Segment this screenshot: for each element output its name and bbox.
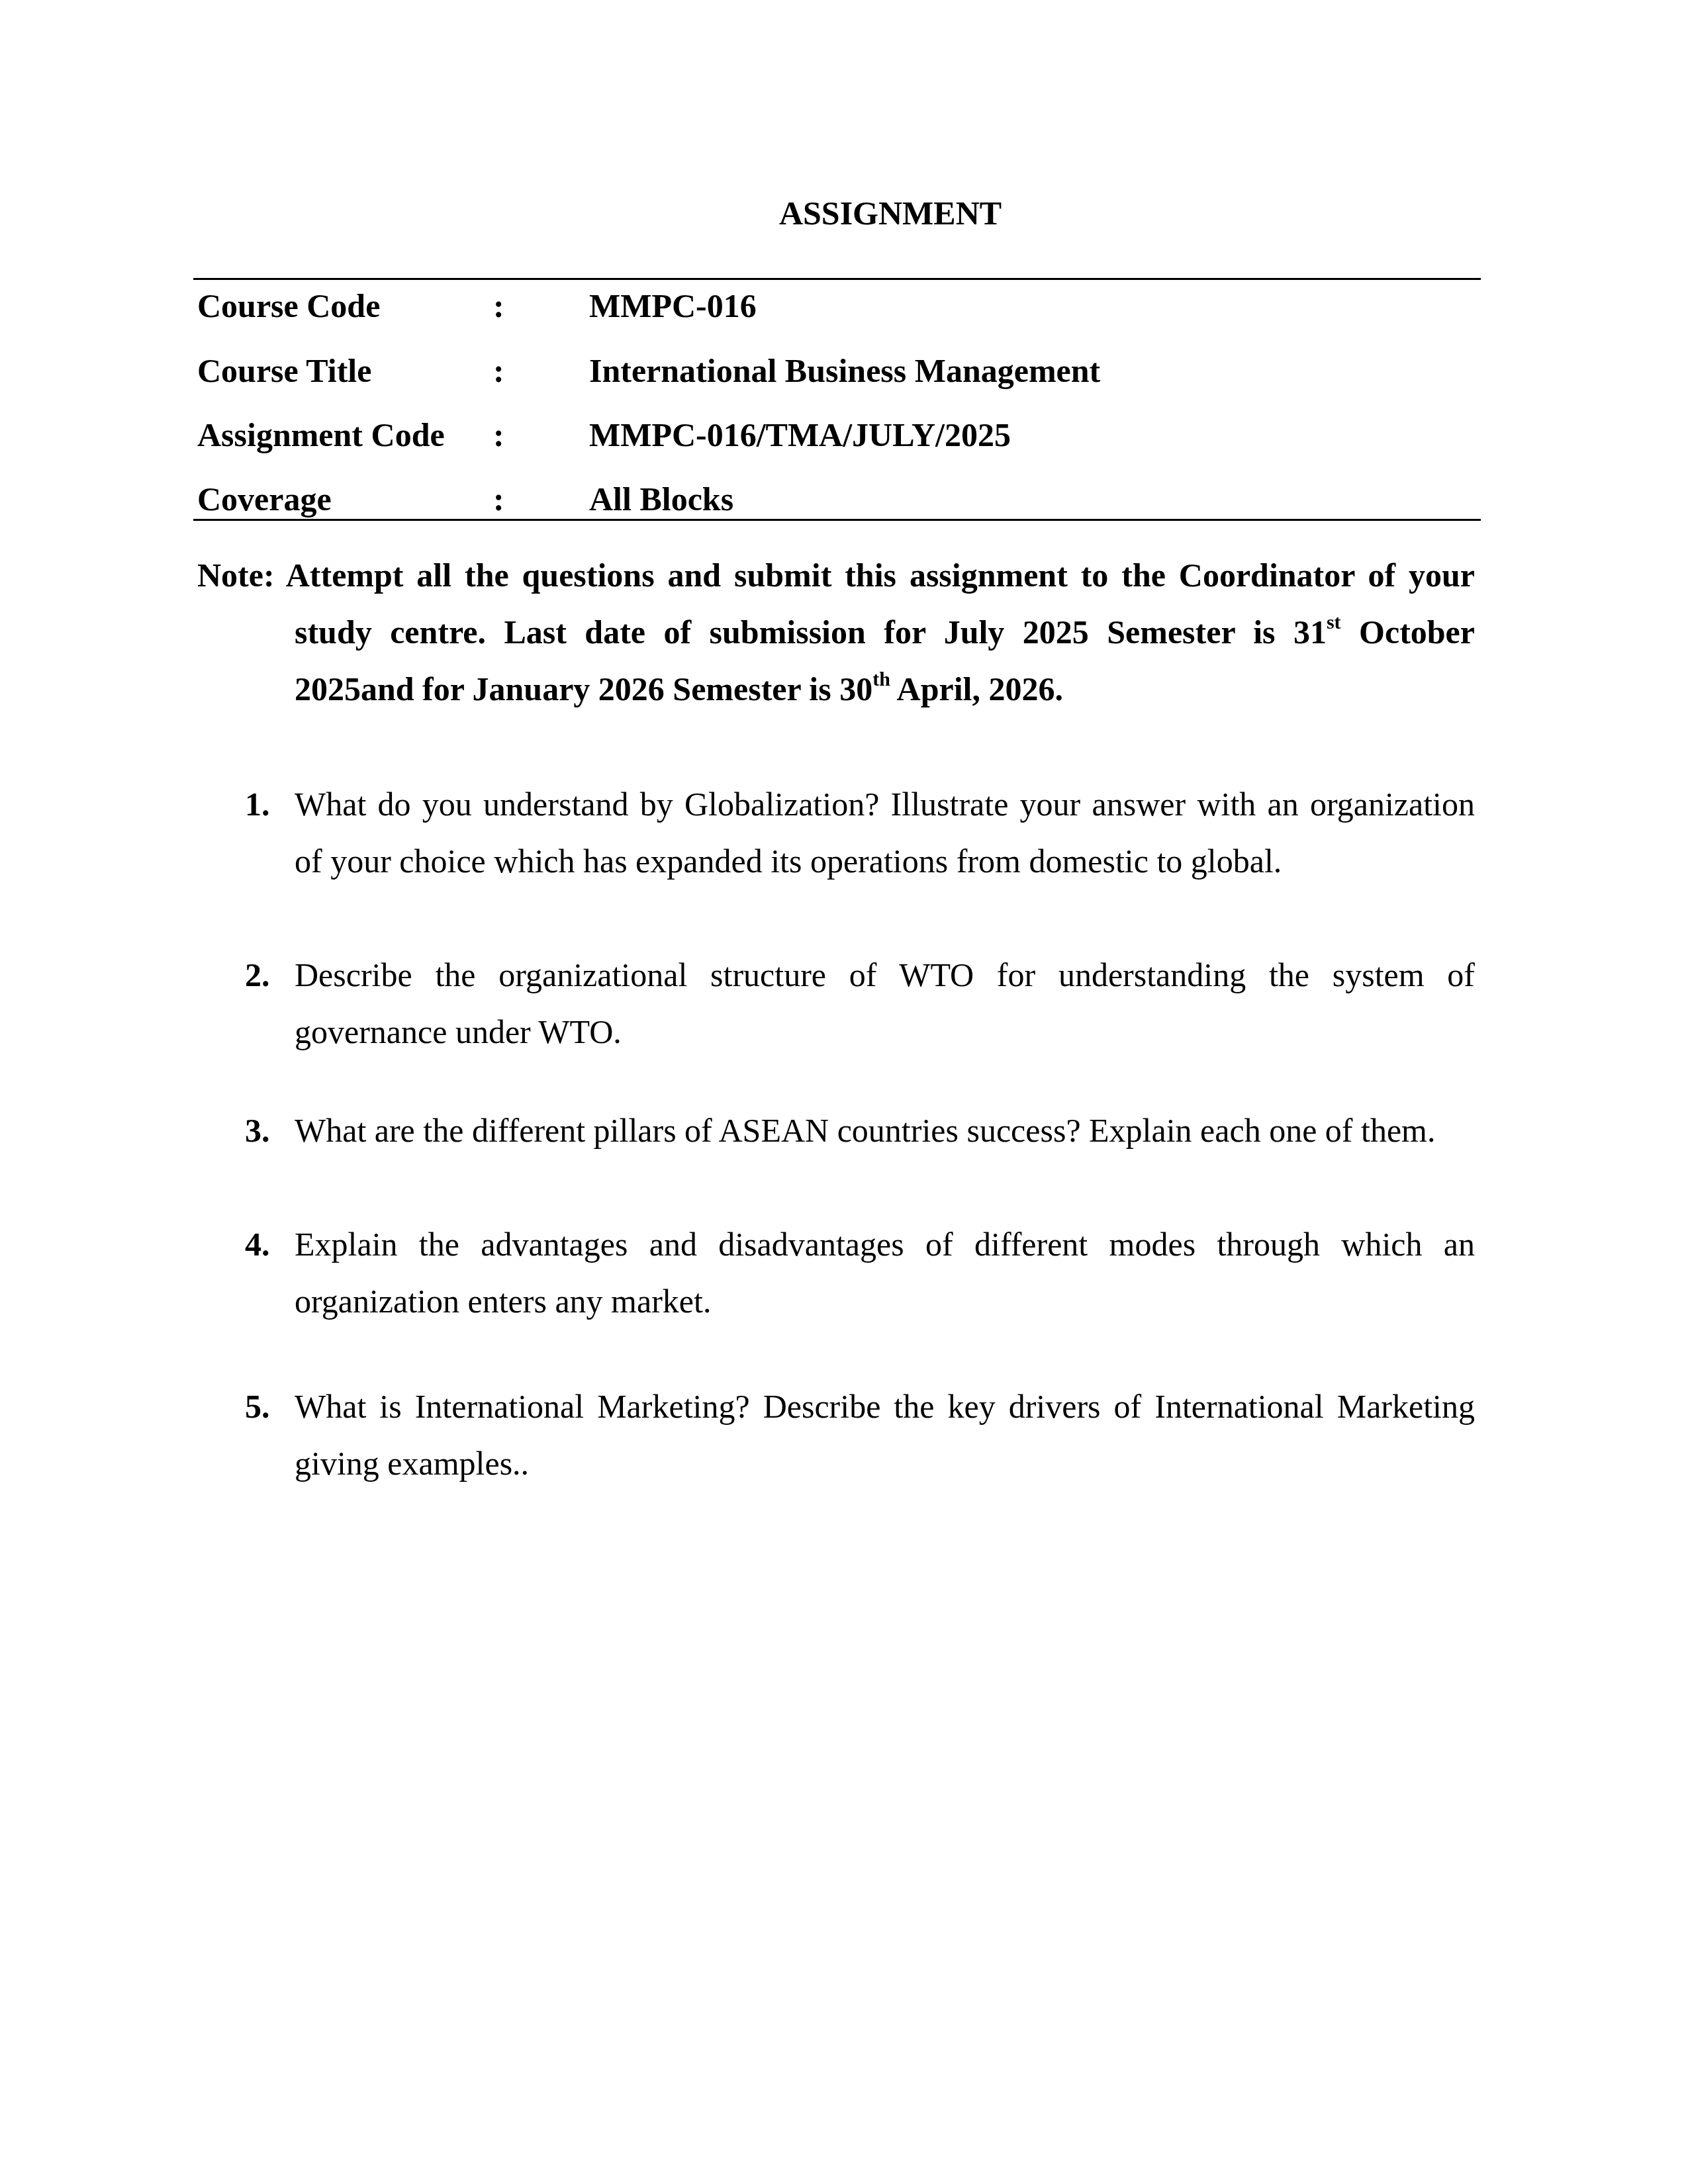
info-label: Course Title xyxy=(197,351,371,390)
info-separator: : xyxy=(493,351,504,390)
question-number: 1. xyxy=(245,776,270,833)
question-text: Describe the organizational structure of… xyxy=(295,946,1475,1060)
info-value: MMPC-016/TMA/JULY/2025 xyxy=(589,415,1011,455)
info-value: MMPC-016 xyxy=(589,286,757,326)
info-label: Assignment Code xyxy=(197,415,445,455)
submission-note: Note: Attempt all the questions and subm… xyxy=(197,547,1475,717)
note-text: October xyxy=(1341,614,1475,651)
info-value: International Business Management xyxy=(589,351,1100,390)
question-2: 2. Describe the organizational structure… xyxy=(245,946,1475,1060)
info-separator: : xyxy=(493,286,504,326)
question-4: 4. Explain the advantages and disadvanta… xyxy=(245,1216,1475,1330)
info-value: All Blocks xyxy=(589,479,733,519)
note-line-2: study centre. Last date of submission fo… xyxy=(295,604,1475,660)
question-number: 5. xyxy=(245,1378,270,1435)
question-text: What do you understand by Globalization?… xyxy=(295,776,1475,889)
note-text: study centre. Last date of submission fo… xyxy=(295,614,1327,651)
question-5: 5. What is International Marketing? Desc… xyxy=(245,1378,1475,1492)
info-label: Coverage xyxy=(197,479,332,519)
header-bottom-rule xyxy=(193,519,1481,521)
question-number: 3. xyxy=(245,1102,270,1159)
note-text: April, 2026. xyxy=(890,670,1063,707)
question-1: 1. What do you understand by Globalizati… xyxy=(245,776,1475,889)
info-label: Course Code xyxy=(197,286,380,326)
note-text: 2025and for January 2026 Semester is 30 xyxy=(295,670,872,707)
header-top-rule xyxy=(193,278,1481,280)
note-line-1: Note: Attempt all the questions and subm… xyxy=(197,547,1475,604)
ordinal-suffix: th xyxy=(872,668,890,690)
note-line-3: 2025and for January 2026 Semester is 30t… xyxy=(295,660,1475,717)
info-separator: : xyxy=(493,415,504,455)
question-number: 4. xyxy=(245,1216,270,1273)
question-3: 3. What are the different pillars of ASE… xyxy=(245,1102,1475,1159)
info-separator: : xyxy=(493,479,504,519)
question-text: What are the different pillars of ASEAN … xyxy=(295,1102,1475,1159)
question-number: 2. xyxy=(245,946,270,1003)
page-title: ASSIGNMENT xyxy=(0,193,1688,233)
question-text: What is International Marketing? Describ… xyxy=(295,1378,1475,1492)
question-text: Explain the advantages and disadvantages… xyxy=(295,1216,1475,1330)
ordinal-suffix: st xyxy=(1327,612,1341,633)
